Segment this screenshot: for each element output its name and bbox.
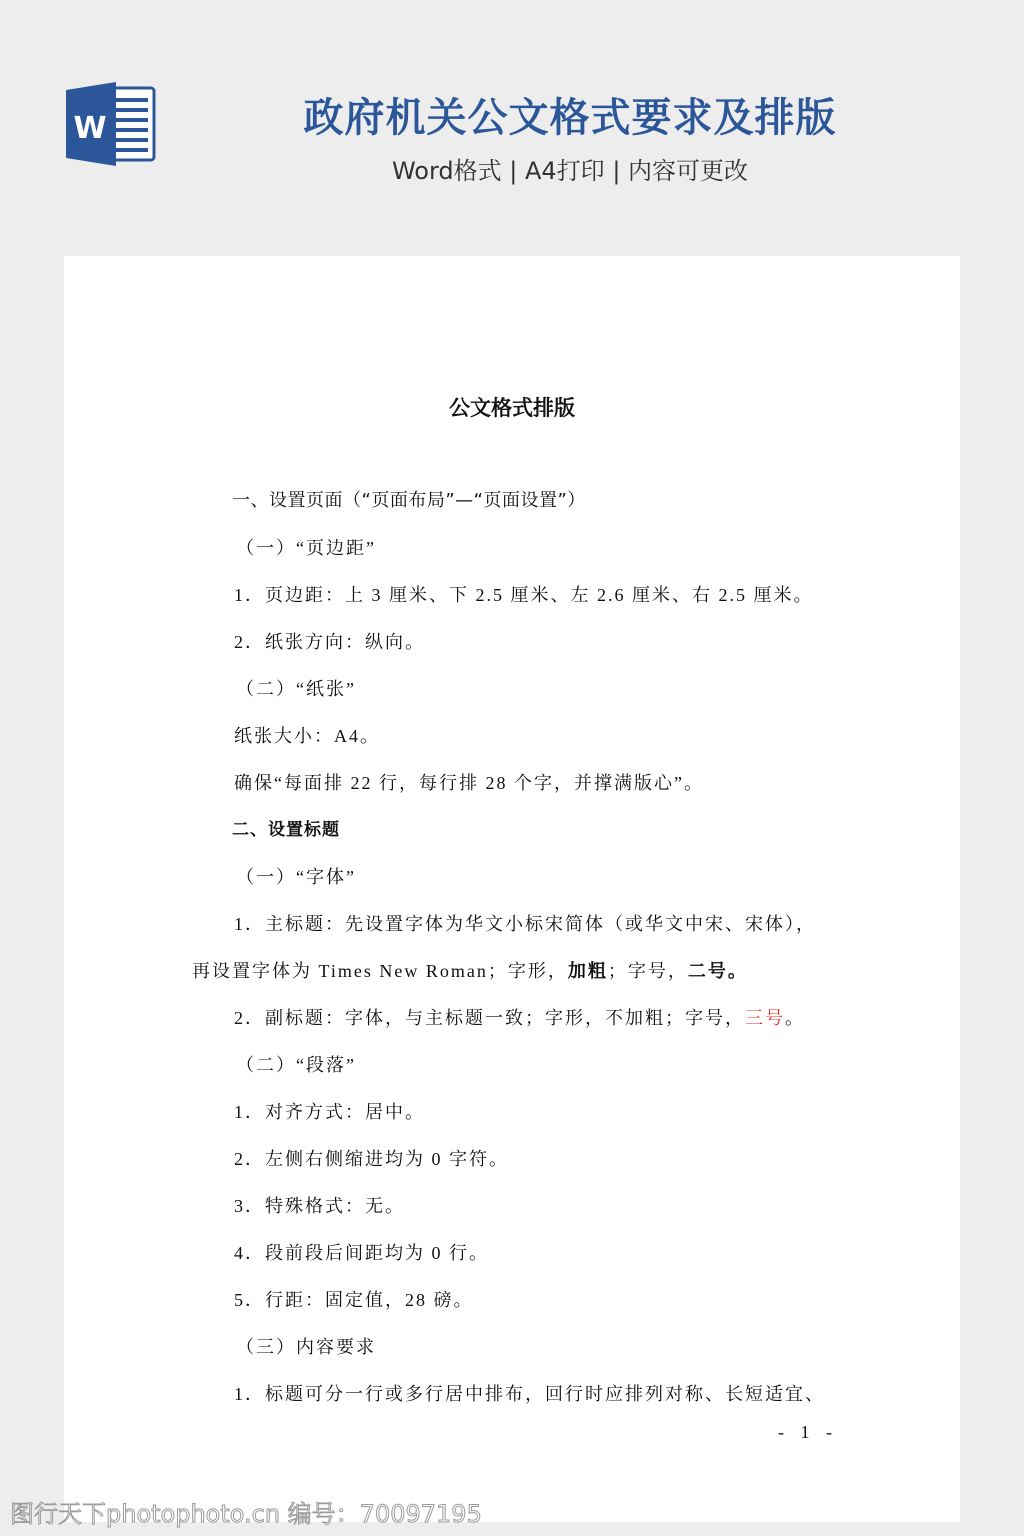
paragraph: 1．主标题：先设置字体为华文小标宋简体（或华文中宋、宋体）， (234, 911, 816, 937)
paragraph: 1．标题可分一行或多行居中排布，回行时应排列对称、长短适宜、 (234, 1381, 825, 1407)
text-run: 2．副标题：字体，与主标题一致；字形，不加粗；字号， (234, 1008, 745, 1028)
paragraph: 1．页边距：上 3 厘米、下 2.5 厘米、左 2.6 厘米、右 2.5 厘米。 (234, 582, 814, 608)
document-title: 公文格式排版 (64, 392, 960, 422)
paragraph: 1．对齐方式：居中。 (234, 1099, 425, 1125)
word-icon: W (64, 80, 158, 166)
text-run: ；字号， (608, 961, 688, 981)
watermark: 图行天下photophoto.cn 编号：70097195 (10, 1494, 482, 1529)
subsection-heading: （二）“段落” (236, 1052, 356, 1078)
text-run: 。 (785, 1008, 805, 1028)
section-heading: 二、设置标题 (232, 817, 340, 843)
subsection-heading: （一）“字体” (236, 864, 356, 890)
highlighted-text-run: 三号 (745, 1008, 785, 1028)
subsection-heading: （三）内容要求 (236, 1334, 376, 1360)
text-run: 再设置字体为 Times New Roman；字形， (192, 961, 568, 981)
promo-title: 政府机关公文格式要求及排版 (260, 92, 880, 144)
promo-subtitle: Word格式 | A4打印 | 内容可更改 (260, 154, 880, 188)
paragraph: 确保“每面排 22 行，每行排 28 个字，并撑满版心”。 (234, 770, 704, 796)
paragraph: 2．副标题：字体，与主标题一致；字形，不加粗；字号，三号。 (234, 1005, 805, 1031)
bold-text-run: 加粗 (568, 961, 608, 982)
document-page: 公文格式排版 一、设置页面（“页面布局”—“页面设置”） （一）“页边距” 1．… (64, 256, 960, 1522)
paragraph: 4．段前段后间距均为 0 行。 (234, 1240, 489, 1266)
page-number: - 1 - (778, 1422, 838, 1443)
svg-text:W: W (73, 111, 106, 146)
paragraph: 再设置字体为 Times New Roman；字形，加粗；字号，二号。 (192, 958, 748, 985)
paragraph: 5．行距：固定值，28 磅。 (234, 1287, 474, 1313)
paragraph: 2．纸张方向：纵向。 (234, 629, 425, 655)
paragraph: 2．左侧右侧缩进均为 0 字符。 (234, 1146, 509, 1172)
paragraph: 纸张大小：A4。 (234, 723, 380, 749)
subsection-heading: （二）“纸张” (236, 676, 356, 702)
promo-header: W 政府机关公文格式要求及排版 Word格式 | A4打印 | 内容可更改 (0, 0, 1024, 256)
paragraph: 3．特殊格式：无。 (234, 1193, 405, 1219)
bold-text-run: 二号。 (688, 961, 748, 982)
document-body: 公文格式排版 一、设置页面（“页面布局”—“页面设置”） （一）“页边距” 1．… (64, 256, 960, 1522)
subsection-heading: （一）“页边距” (236, 535, 376, 561)
section-heading: 一、设置页面（“页面布局”—“页面设置”） (232, 488, 586, 514)
